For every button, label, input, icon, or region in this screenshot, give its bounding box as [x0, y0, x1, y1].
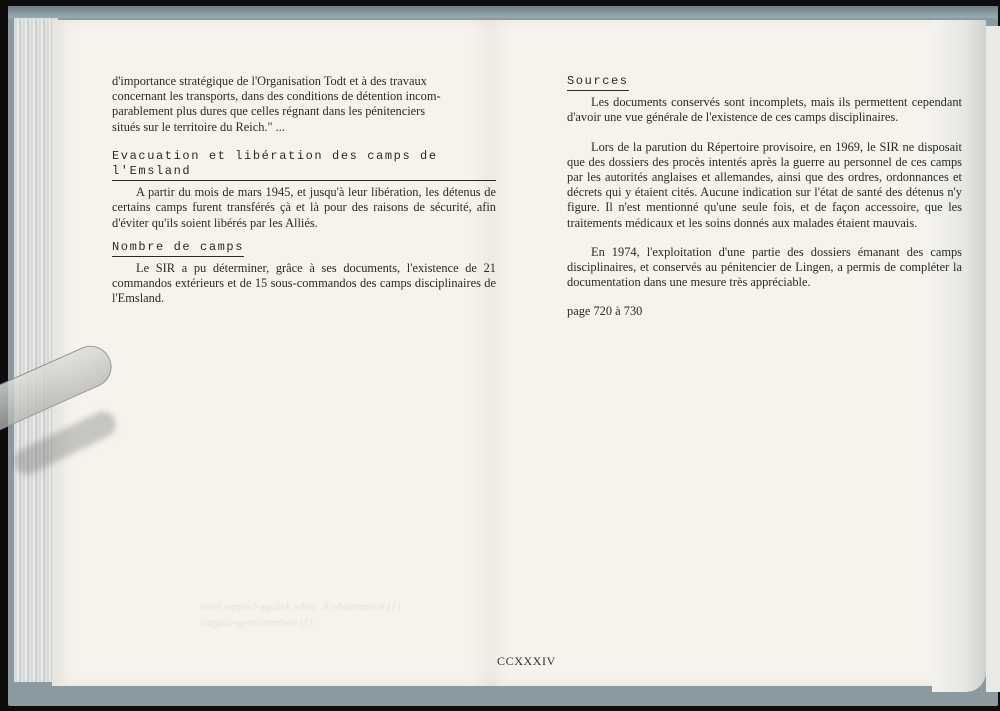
continuation-line: parablement plus dures que celles régnan… — [112, 104, 496, 119]
book-cover-edge — [8, 6, 998, 18]
left-column: d'importance stratégique de l'Organisati… — [112, 74, 496, 307]
section-heading-evacuation: Evacuation et libération des camps de l'… — [112, 149, 496, 181]
sources-paragraph: Les documents conservés sont incomplets,… — [567, 95, 962, 125]
page-number: CCXXXIV — [497, 654, 556, 669]
sources-paragraph: En 1974, l'exploitation d'une partie des… — [567, 245, 962, 291]
page-stack-right-back — [986, 26, 1000, 692]
continuation-line: concernant les transports, dans des cond… — [112, 89, 496, 104]
continuation-line: d'importance stratégique de l'Organisati… — [112, 74, 496, 89]
section-text-evacuation: A partir du mois de mars 1945, et jusqu'… — [112, 185, 496, 231]
sources-paragraph: Lors de la parution du Répertoire provis… — [567, 140, 962, 231]
bleed-through-text: (2) Wehrmachtsgefängnis — [200, 616, 313, 630]
section-text-camp-count: Le SIR a pu déterminer, grâce à ses docu… — [112, 261, 496, 307]
section-heading-camp-count: Nombre de camps — [112, 240, 244, 257]
page-reference: page 720 à 730 — [567, 304, 962, 319]
section-heading-sources: Sources — [567, 74, 629, 91]
bleed-through-text: (1) Kommando X, siehe Anlage Gruppe West — [200, 600, 400, 614]
right-column: Sources Les documents conservés sont inc… — [567, 73, 962, 320]
continuation-line: situés sur le territoire du Reich." ... — [112, 120, 496, 135]
